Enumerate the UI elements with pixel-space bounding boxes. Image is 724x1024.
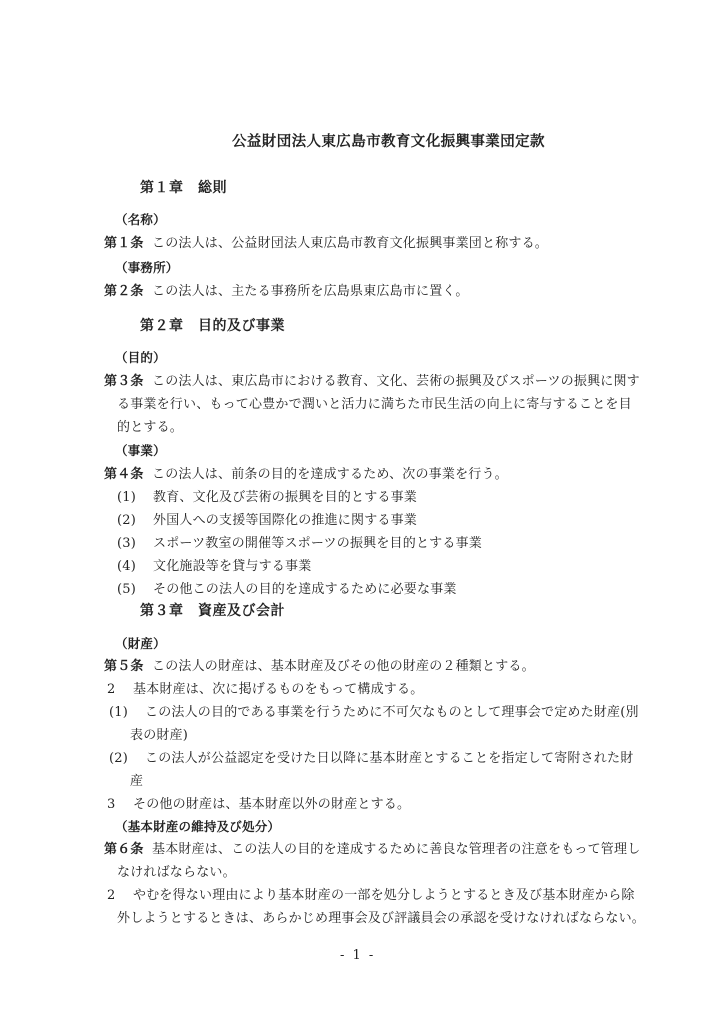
article-caption-6: （基本財産の維持及び処分） [115, 819, 280, 835]
article-number: 第６条 [104, 842, 152, 858]
document-page: 公益財団法人東広島市教育文化振興事業団定款 第１章 総則 （名称） 第１条この法… [0, 0, 724, 1024]
article-number: 第４条 [104, 467, 152, 483]
list-item: (2)この法人が公益認定を受けた日以降に基本財産とすることを指定して寄附された財 [109, 751, 633, 767]
article-caption-2: （事務所） [115, 260, 179, 276]
article-number: 第１条 [104, 236, 152, 252]
list-item-continuation: 表の財産) [130, 728, 188, 744]
list-item: (5)その他この法人の目的を達成するために必要な事業 [117, 582, 457, 598]
chapter-heading-3: 第３章 資産及び会計 [140, 603, 285, 619]
article-number: 第３条 [104, 374, 152, 390]
list-item: (1)教育、文化及び芸術の振興を目的とする事業 [117, 490, 417, 506]
paragraph-2: 2基本財産は、次に掲げるものをもって構成する。 [107, 682, 423, 698]
article-caption-4: （事業） [115, 443, 166, 459]
article-number: 第２条 [104, 284, 152, 300]
list-item: (3)スポーツ教室の開催等スポーツの振興を目的とする事業 [117, 536, 482, 552]
article-1: 第１条この法人は、公益財団法人東広島市教育文化振興事業団と称する。 [104, 236, 548, 252]
article-caption-5: （財産） [115, 636, 166, 652]
chapter-heading-2: 第２章 目的及び事業 [140, 318, 285, 334]
document-title: 公益財団法人東広島市教育文化振興事業団定款 [232, 134, 545, 150]
article-text: この法人は、主たる事務所を広島県東広島市に置く。 [152, 284, 469, 299]
list-item-continuation: 産 [130, 774, 143, 790]
paragraph-2: 2やむを得ない理由により基本財産の一部を処分しようとするとき及び基本財産から除 [107, 888, 635, 904]
article-text: この法人は、前条の目的を達成するため、次の事業を行う。 [152, 467, 508, 482]
article-text: この法人は、東広島市における教育、文化、芸術の振興及びスポーツの振興に関す [152, 374, 640, 389]
list-item: (1)この法人の目的である事業を行うために不可欠なものとして理事会で定めた財産(… [109, 705, 639, 721]
article-caption-3: （目的） [115, 350, 166, 366]
article-4: 第４条この法人は、前条の目的を達成するため、次の事業を行う。 [104, 467, 508, 483]
article-text: 基本財産は、この法人の目的を達成するために善良な管理者の注意をもって管理し [152, 842, 640, 857]
article-text: この法人の財産は、基本財産及びその他の財産の２種類とする。 [152, 659, 535, 674]
paragraph-3: 3その他の財産は、基本財産以外の財産とする。 [107, 797, 410, 813]
article-2: 第２条この法人は、主たる事務所を広島県東広島市に置く。 [104, 284, 469, 300]
page-number: - 1 - [340, 948, 375, 964]
chapter-heading-1: 第１章 総則 [140, 180, 227, 196]
paragraph-continuation: 外しようとするときは、あらかじめ理事会及び評議員会の承認を受けなければならない。 [117, 911, 645, 927]
article-number: 第５条 [104, 659, 152, 675]
article-3-line-2: る事業を行い、もって心豊かで潤いと活力に満ちた市民生活の向上に寄与することを目 [117, 397, 632, 413]
article-caption-1: （名称） [115, 212, 166, 228]
article-6: 第６条基本財産は、この法人の目的を達成するために善良な管理者の注意をもって管理し [104, 842, 640, 858]
article-3: 第３条この法人は、東広島市における教育、文化、芸術の振興及びスポーツの振興に関す [104, 374, 640, 390]
article-3-line-3: 的とする。 [117, 420, 183, 436]
article-text: この法人は、公益財団法人東広島市教育文化振興事業団と称する。 [152, 236, 548, 251]
list-item: (4)文化施設等を貸与する事業 [117, 559, 311, 575]
article-5: 第５条この法人の財産は、基本財産及びその他の財産の２種類とする。 [104, 659, 535, 675]
list-item: (2)外国人への支援等国際化の推進に関する事業 [117, 513, 417, 529]
article-6-line-2: なければならない。 [117, 865, 236, 881]
